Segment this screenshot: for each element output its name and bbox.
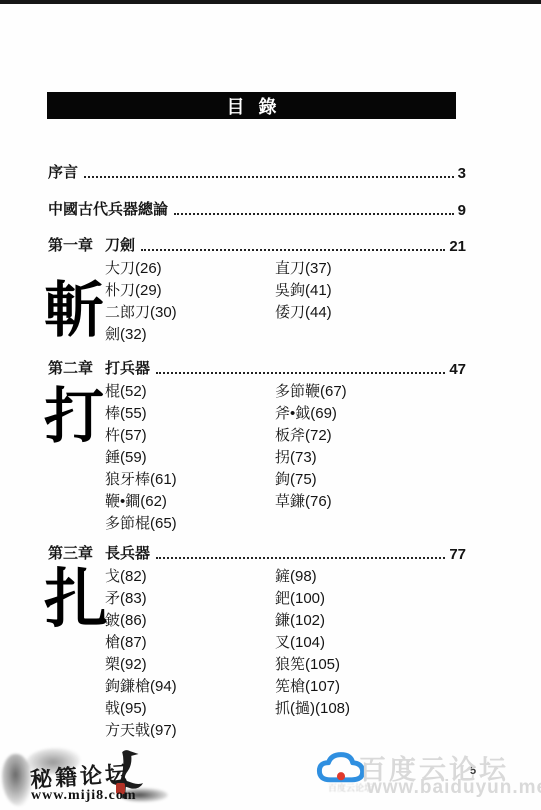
chapter-3-header-row: 第三章 長兵器 77	[48, 543, 466, 563]
toc-item: 筅槍(107)	[275, 676, 350, 698]
toc-entry-overview: 中國古代兵器總論 9	[48, 199, 466, 219]
miji8-watermark: 秘籍论坛 www.miji8.com	[0, 748, 175, 810]
toc-item: 槍(87)	[105, 632, 275, 654]
items-right-column: 鏟(98)鈀(100)鎌(102)叉(104)狼筅(105)筅槍(107)抓(撾…	[275, 566, 350, 742]
chapter-label: 第二章	[48, 357, 105, 378]
chapter-title: 刀劍	[105, 234, 135, 255]
chapter-label: 第三章	[48, 542, 105, 563]
items-left-column: 大刀(26)朴刀(29)二郎刀(30)劍(32)	[105, 258, 275, 346]
chapter-2-items: 棍(52)棒(55)杵(57)錘(59)狼牙棒(61)鞭•鐧(62)多節棍(65…	[105, 381, 466, 535]
toc-item: 拐(73)	[275, 447, 347, 469]
page-title: 目錄	[213, 93, 291, 119]
toc-item: 大刀(26)	[105, 258, 275, 280]
toc-header-bar: 目錄	[47, 92, 456, 119]
table-of-contents: 序言 3 中國古代兵器總論 9 第一章 刀劍 21 斬 大刀(26)朴刀(29)…	[48, 156, 466, 742]
items-right-column: 直刀(37)吳鉤(41)倭刀(44)	[275, 258, 332, 346]
toc-item: 矛(83)	[105, 588, 275, 610]
baiduyun-watermark: 百度云论坛 百度云论坛 www.baiduyun.me	[295, 748, 510, 804]
toc-item: 叉(104)	[275, 632, 350, 654]
toc-item: 狼筅(105)	[275, 654, 350, 676]
toc-item: 鉤鎌槍(94)	[105, 676, 275, 698]
chapter-page: 77	[449, 546, 466, 563]
chapter-title: 打兵器	[105, 357, 150, 378]
toc-item: 倭刀(44)	[275, 302, 332, 324]
baiduyun-watermark-url: www.baiduyun.me	[367, 777, 541, 799]
toc-item: 朴刀(29)	[105, 280, 275, 302]
chapter-1-items: 大刀(26)朴刀(29)二郎刀(30)劍(32) 直刀(37)吳鉤(41)倭刀(…	[105, 258, 466, 346]
items-right-column: 多節鞭(67)斧•鉞(69)板斧(72)拐(73)鉤(75)草鎌(76)	[275, 381, 347, 535]
dot-leader	[84, 176, 454, 178]
chapter-2-big-character: 打	[44, 387, 104, 447]
chapter-page: 21	[449, 238, 466, 255]
toc-entry-page: 3	[458, 165, 466, 182]
chapter-2-block: 第二章 打兵器 47 打 棍(52)棒(55)杵(57)錘(59)狼牙棒(61)…	[48, 358, 466, 535]
toc-item: 鏟(98)	[275, 566, 350, 588]
toc-item: 吳鉤(41)	[275, 280, 332, 302]
chapter-title: 長兵器	[105, 542, 150, 563]
chapter-2-header-row: 第二章 打兵器 47	[48, 358, 466, 378]
toc-entry-label: 序言	[48, 161, 78, 182]
dot-leader	[174, 213, 454, 215]
toc-item: 鈀(100)	[275, 588, 350, 610]
chapter-page: 47	[449, 361, 466, 378]
toc-item: 多節鞭(67)	[275, 381, 347, 403]
toc-item: 棍(52)	[105, 381, 275, 403]
chapter-3-items: 戈(82)矛(83)鈹(86)槍(87)槊(92)鉤鎌槍(94)戟(95)方天戟…	[105, 566, 466, 742]
chapter-1-header-row: 第一章 刀劍 21	[48, 235, 466, 255]
chapter-3-block: 第三章 長兵器 77 扎 戈(82)矛(83)鈹(86)槍(87)槊(92)鉤鎌…	[48, 543, 466, 742]
toc-entry-label: 中國古代兵器總論	[48, 198, 168, 219]
toc-item: 板斧(72)	[275, 425, 347, 447]
toc-item: 鞭•鐧(62)	[105, 491, 275, 513]
toc-item: 劍(32)	[105, 324, 275, 346]
toc-entry-preface: 序言 3	[48, 162, 466, 182]
miji8-watermark-url: www.miji8.com	[31, 788, 137, 804]
toc-item: 杵(57)	[105, 425, 275, 447]
items-left-column: 戈(82)矛(83)鈹(86)槍(87)槊(92)鉤鎌槍(94)戟(95)方天戟…	[105, 566, 275, 742]
dot-leader	[141, 249, 445, 251]
toc-item: 直刀(37)	[275, 258, 332, 280]
toc-item: 抓(撾)(108)	[275, 698, 350, 720]
chapter-3-big-character: 扎	[44, 567, 108, 631]
scanned-toc-page: 目錄 序言 3 中國古代兵器總論 9 第一章 刀劍 21 斬 大刀(26)朴刀(…	[0, 0, 541, 810]
top-rule	[0, 0, 541, 4]
items-left-column: 棍(52)棒(55)杵(57)錘(59)狼牙棒(61)鞭•鐧(62)多節棍(65…	[105, 381, 275, 535]
toc-item: 草鎌(76)	[275, 491, 347, 513]
toc-item: 斧•鉞(69)	[275, 403, 347, 425]
chapter-label: 第一章	[48, 234, 105, 255]
toc-entry-page: 9	[458, 202, 466, 219]
toc-item: 二郎刀(30)	[105, 302, 275, 324]
toc-item: 鉤(75)	[275, 469, 347, 491]
chapter-1-big-character: 斬	[44, 281, 104, 341]
toc-item: 錘(59)	[105, 447, 275, 469]
toc-item: 鎌(102)	[275, 610, 350, 632]
toc-item: 方天戟(97)	[105, 720, 275, 742]
toc-item: 戟(95)	[105, 698, 275, 720]
dot-leader	[156, 372, 445, 374]
dot-leader	[156, 557, 445, 559]
toc-item: 多節棍(65)	[105, 513, 275, 535]
toc-item: 棒(55)	[105, 403, 275, 425]
chapter-1-block: 第一章 刀劍 21 斬 大刀(26)朴刀(29)二郎刀(30)劍(32) 直刀(…	[48, 235, 466, 346]
toc-item: 槊(92)	[105, 654, 275, 676]
toc-item: 狼牙棒(61)	[105, 469, 275, 491]
toc-item: 鈹(86)	[105, 610, 275, 632]
toc-item: 戈(82)	[105, 566, 275, 588]
